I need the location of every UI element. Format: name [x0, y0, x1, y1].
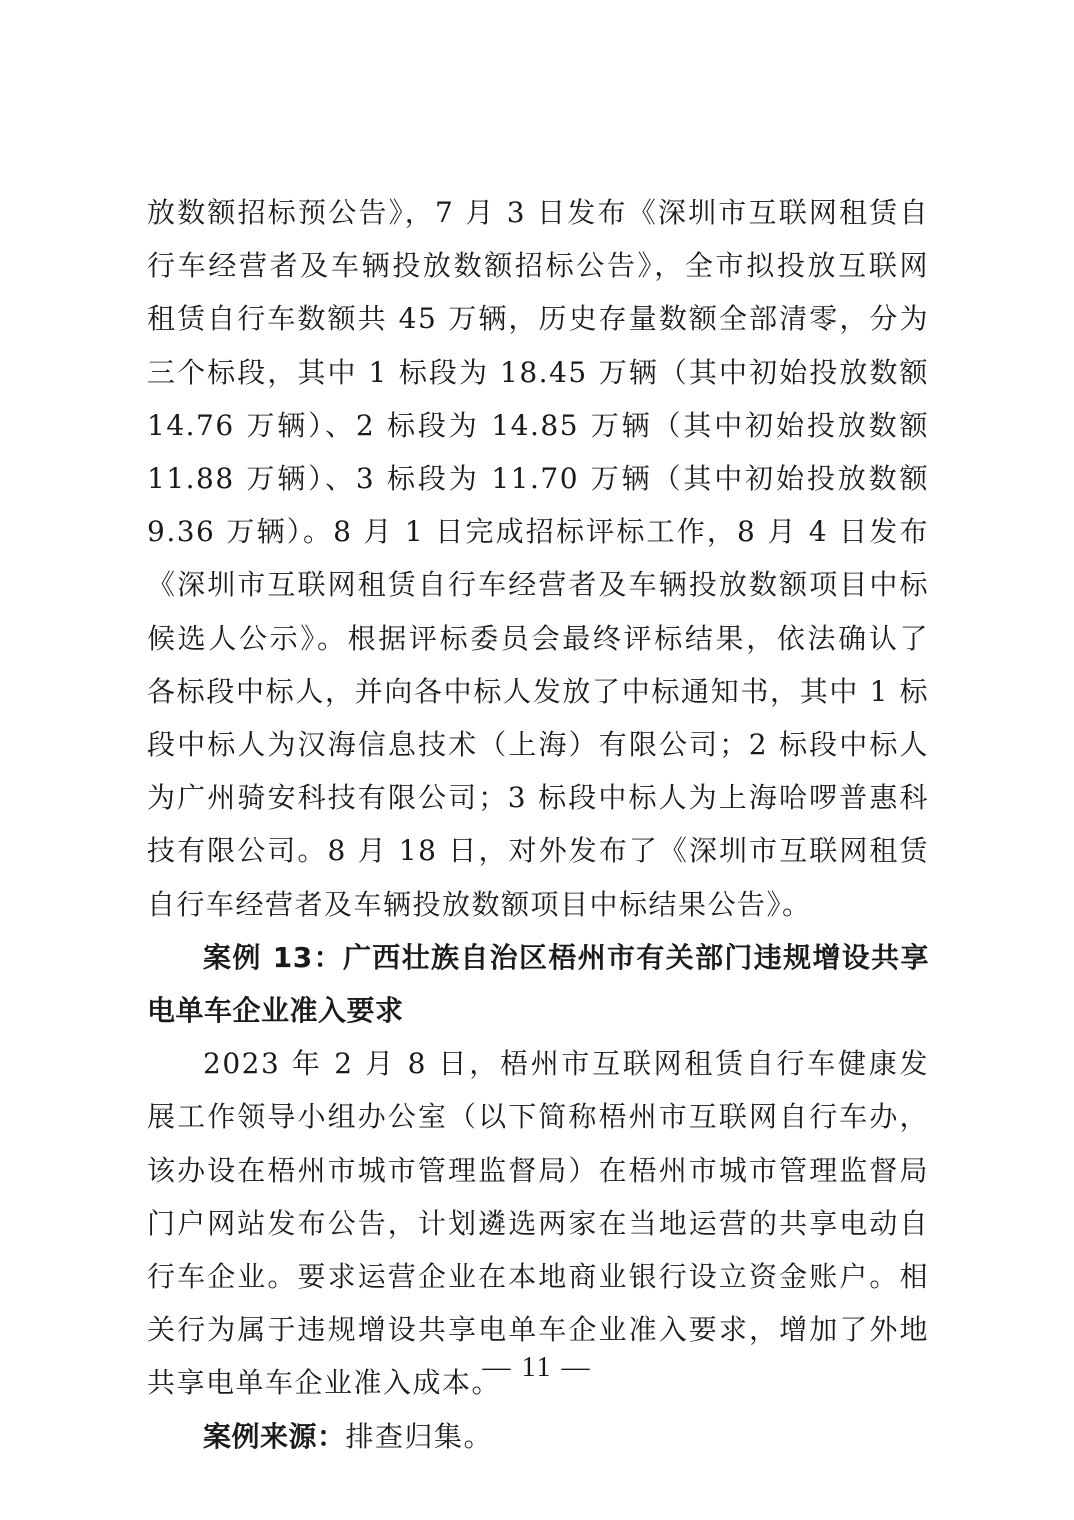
case-source-label: 案例来源：	[203, 1420, 346, 1453]
case-source-value: 排查归集。	[346, 1420, 494, 1453]
document-page: 放数额招标预公告》，7 月 3 日发布《深圳市互联网租赁自行车经营者及车辆投放数…	[147, 186, 929, 1463]
body-paragraph-shenzhen-bidding: 放数额招标预公告》，7 月 3 日发布《深圳市互联网租赁自行车经营者及车辆投放数…	[147, 186, 929, 931]
case-source-line: 案例来源：排查归集。	[147, 1410, 929, 1463]
page-number: — 11 —	[0, 1352, 1074, 1384]
case-13-heading: 案例 13：广西壮族自治区梧州市有关部门违规增设共享电单车企业准入要求	[147, 931, 929, 1037]
